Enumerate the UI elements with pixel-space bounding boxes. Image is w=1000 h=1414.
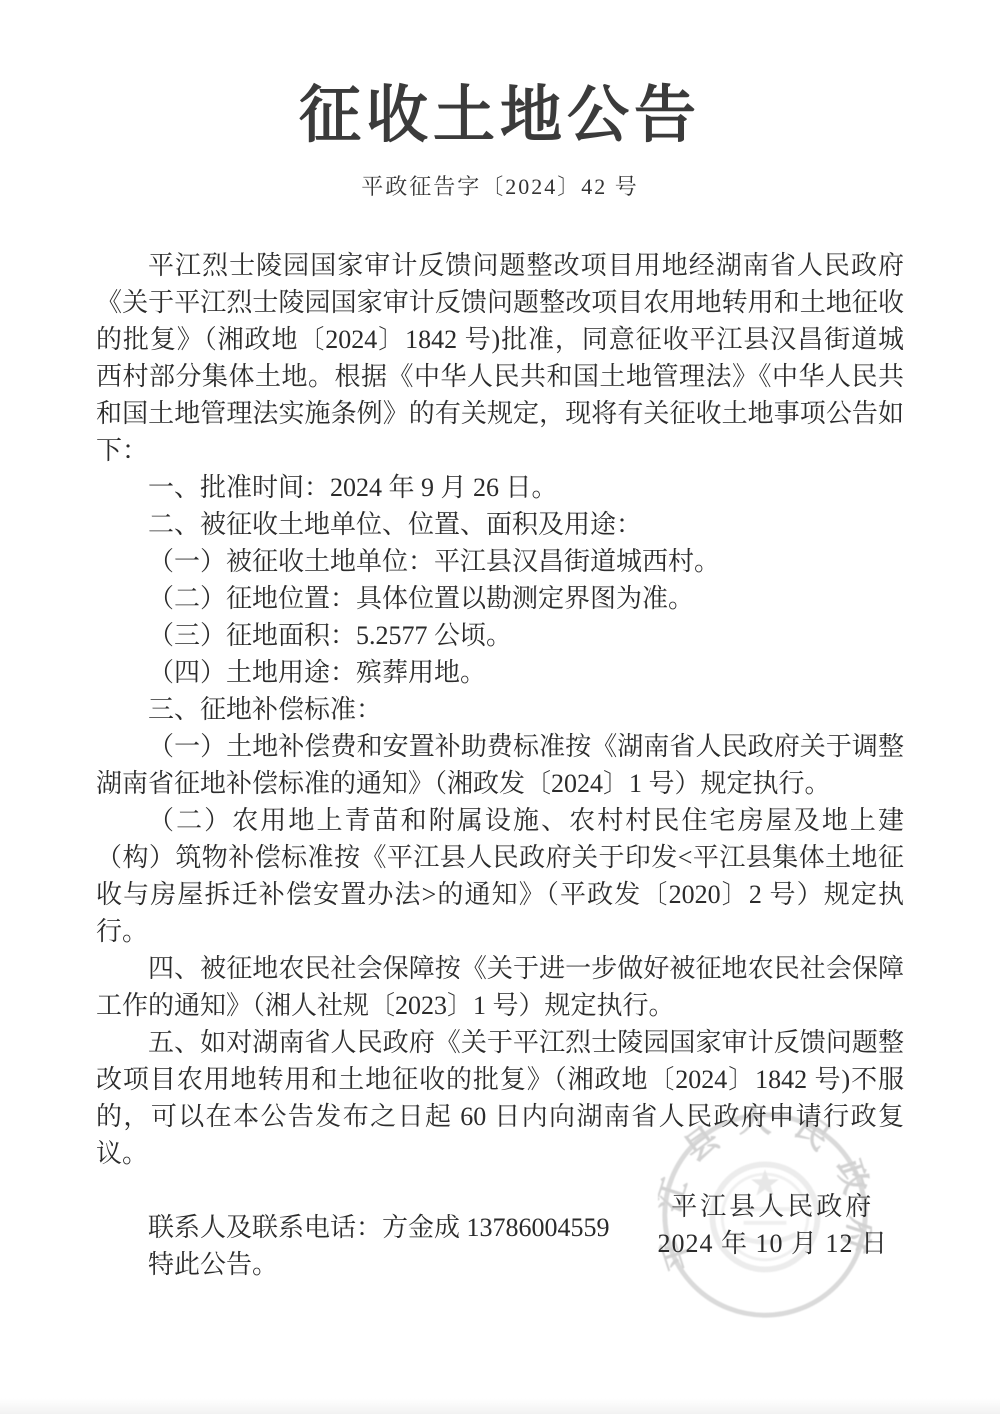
page-title: 征收土地公告 bbox=[0, 0, 1000, 150]
item-land-info-heading: 二、被征收土地单位、位置、面积及用途： bbox=[96, 506, 904, 543]
announcement-page: 征收土地公告 平政征告字〔2024〕42 号 平江烈士陵园国家审计反馈问题整改项… bbox=[0, 0, 1000, 1414]
signature-block: 平江县人民政府 2024 年 10 月 12 日 bbox=[657, 1188, 888, 1262]
signature-date: 2024 年 10 月 12 日 bbox=[657, 1225, 888, 1262]
item-land-location: （二）征地位置：具体位置以勘测定界图为准。 bbox=[96, 580, 904, 617]
item-land-area: （三）征地面积：5.2577 公顷。 bbox=[96, 617, 904, 654]
signature-issuer: 平江县人民政府 bbox=[657, 1188, 888, 1225]
item-compensation-land: （一）土地补偿费和安置补助费标准按《湖南省人民政府关于调整湖南省征地补偿标准的通… bbox=[96, 728, 904, 802]
document-number: 平政征告字〔2024〕42 号 bbox=[0, 170, 1000, 201]
intro-paragraph: 平江烈士陵园国家审计反馈问题整改项目用地经湖南省人民政府《关于平江烈士陵园国家审… bbox=[96, 247, 904, 469]
item-review-rights: 五、如对湖南省人民政府《关于平江烈士陵园国家审计反馈问题整改项目农用地转用和土地… bbox=[96, 1024, 904, 1172]
item-land-use: （四）土地用途：殡葬用地。 bbox=[96, 654, 904, 691]
item-land-unit: （一）被征收土地单位：平江县汉昌街道城西村。 bbox=[96, 543, 904, 580]
item-social-security: 四、被征地农民社会保障按《关于进一步做好被征地农民社会保障工作的通知》（湘人社规… bbox=[96, 950, 904, 1024]
document-body: 平江烈士陵园国家审计反馈问题整改项目用地经湖南省人民政府《关于平江烈士陵园国家审… bbox=[96, 247, 904, 1283]
item-compensation-heading: 三、征地补偿标准： bbox=[96, 691, 904, 728]
item-approval-time: 一、批准时间：2024 年 9 月 26 日。 bbox=[96, 469, 904, 506]
item-compensation-attach: （二）农用地上青苗和附属设施、农村村民住宅房屋及地上建（构）筑物补偿标准按《平江… bbox=[96, 802, 904, 950]
